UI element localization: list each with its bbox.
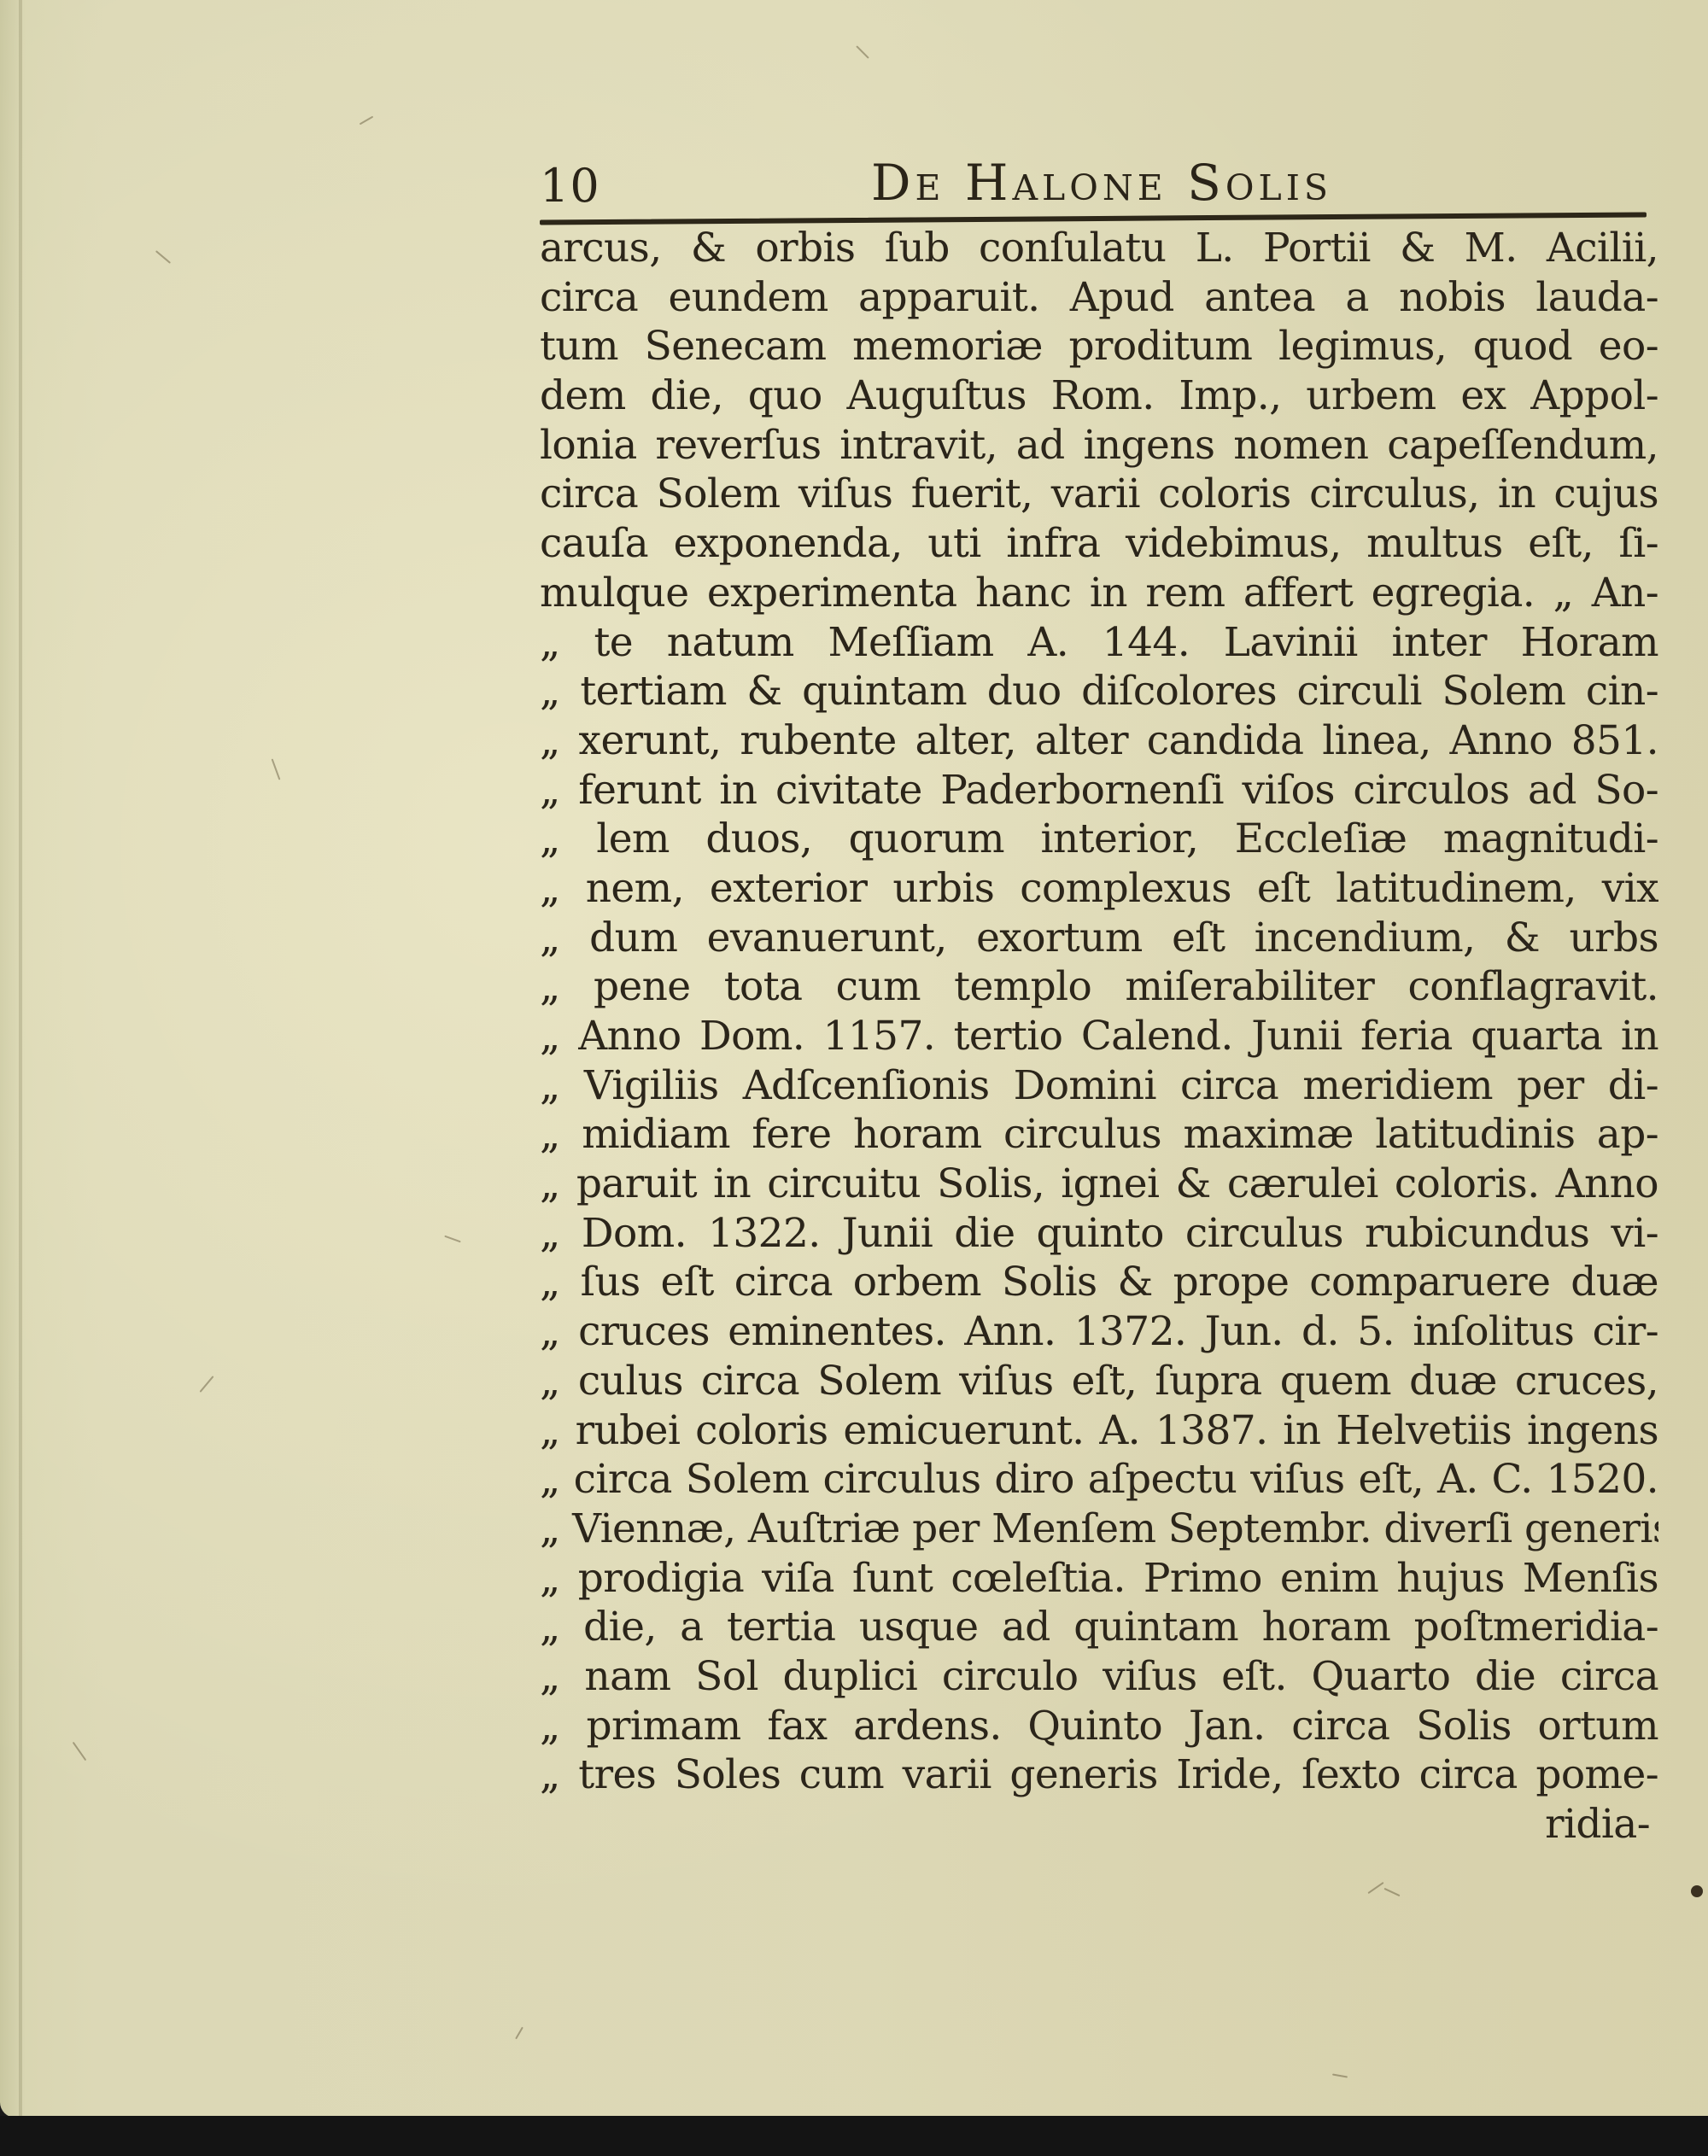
paper-fleck — [1332, 2073, 1348, 2077]
text-line: „ xerunt, rubente alter, alter candida l… — [540, 716, 1658, 766]
text-line: „ culus circa Solem viſus eſt, ſupra que… — [540, 1357, 1658, 1406]
paper-fleck — [856, 45, 869, 59]
paper-fleck — [272, 758, 281, 780]
page-number: 10 — [540, 159, 600, 213]
catchword-line: ridia- — [540, 1800, 1658, 1849]
text-line: circa eundem apparuit. Apud antea a nobi… — [540, 273, 1658, 323]
text-line: „ lem duos, quorum interior, Eccleſiæ ma… — [540, 815, 1658, 864]
text-line: „ prodigia viſa ſunt cœleſtia. Primo eni… — [540, 1554, 1658, 1604]
text-line: „ cruces eminentes. Ann. 1372. Jun. d. 5… — [540, 1307, 1658, 1357]
body-text: arcus, & orbis ſub conſulatu L. Portii &… — [540, 224, 1658, 1849]
paper-fleck — [360, 116, 374, 126]
text-line: mulque experimenta hanc in rem affert eg… — [540, 569, 1658, 618]
text-line: „ te natum Meſſiam A. 144. Lavinii inter… — [540, 618, 1658, 668]
text-line: „ Vigiliis Adſcenſionis Domini circa mer… — [540, 1061, 1658, 1111]
text-line: „ nem, exterior urbis complexus eſt lati… — [540, 864, 1658, 914]
text-line: tum Senecam memoriæ proditum legimus, qu… — [540, 322, 1658, 371]
catchword: ridia- — [1545, 1801, 1658, 1848]
text-line: „ paruit in circuitu Solis, ignei & cæru… — [540, 1160, 1658, 1209]
text-line: „ midiam fere horam circulus maximæ lati… — [540, 1110, 1658, 1160]
text-line: „ circa Solem circulus diro aſpectu viſu… — [540, 1455, 1658, 1505]
text-line: „ Viennæ, Auſtriæ per Menſem Septembr. d… — [540, 1505, 1658, 1554]
text-line: „ pene tota cum templo miſerabiliter con… — [540, 962, 1658, 1012]
running-header: 10 De Halone Solis — [538, 154, 1648, 222]
text-line: „ nam Sol duplici circulo viſus eſt. Qua… — [540, 1652, 1658, 1702]
text-line: „ primam fax ardens. Quinto Jan. circa S… — [540, 1702, 1658, 1751]
text-line: lonia reverſus intravit, ad ingens nomen… — [540, 421, 1658, 470]
text-line: dem die, quo Auguſtus Rom. Imp., urbem e… — [540, 371, 1658, 421]
book-page: 10 De Halone Solis arcus, & orbis ſub co… — [0, 0, 1708, 2118]
paper-fleck — [444, 1236, 460, 1243]
text-line: cauſa exponenda, uti infra videbimus, mu… — [540, 519, 1658, 569]
text-line: „ tertiam & quintam duo diſcolores circu… — [540, 667, 1658, 716]
text-line: „ rubei coloris emicuerunt. A. 1387. in … — [540, 1406, 1658, 1456]
ink-spot — [1691, 1885, 1703, 1897]
text-line: „ ferunt in civitate Paderbornenſi viſos… — [540, 766, 1658, 815]
paper-fleck — [155, 250, 171, 264]
text-line: „ ſus eſt circa orbem Solis & prope comp… — [540, 1258, 1658, 1307]
paper-fleck — [1367, 1882, 1383, 1894]
paper-fleck — [1384, 1888, 1401, 1896]
text-line: „ Anno Dom. 1157. tertio Calend. Junii f… — [540, 1012, 1658, 1061]
text-line: „ Dom. 1322. Junii die quinto circulus r… — [540, 1209, 1658, 1259]
text-line: „ tres Soles cum varii generis Iride, ſe… — [540, 1750, 1658, 1800]
running-title: De Halone Solis — [871, 154, 1332, 212]
paper-fleck — [200, 1376, 214, 1393]
text-line: circa Solem viſus fuerit, varii coloris … — [540, 470, 1658, 519]
paper-fleck — [73, 1742, 87, 1761]
text-line: „ die, a tertia usque ad quintam horam p… — [540, 1603, 1658, 1652]
scan-background — [0, 2116, 1708, 2156]
paper-fleck — [515, 2027, 524, 2040]
text-line: „ dum evanuerunt, exortum eſt incendium,… — [540, 914, 1658, 963]
text-line: arcus, & orbis ſub conſulatu L. Portii &… — [540, 224, 1658, 273]
